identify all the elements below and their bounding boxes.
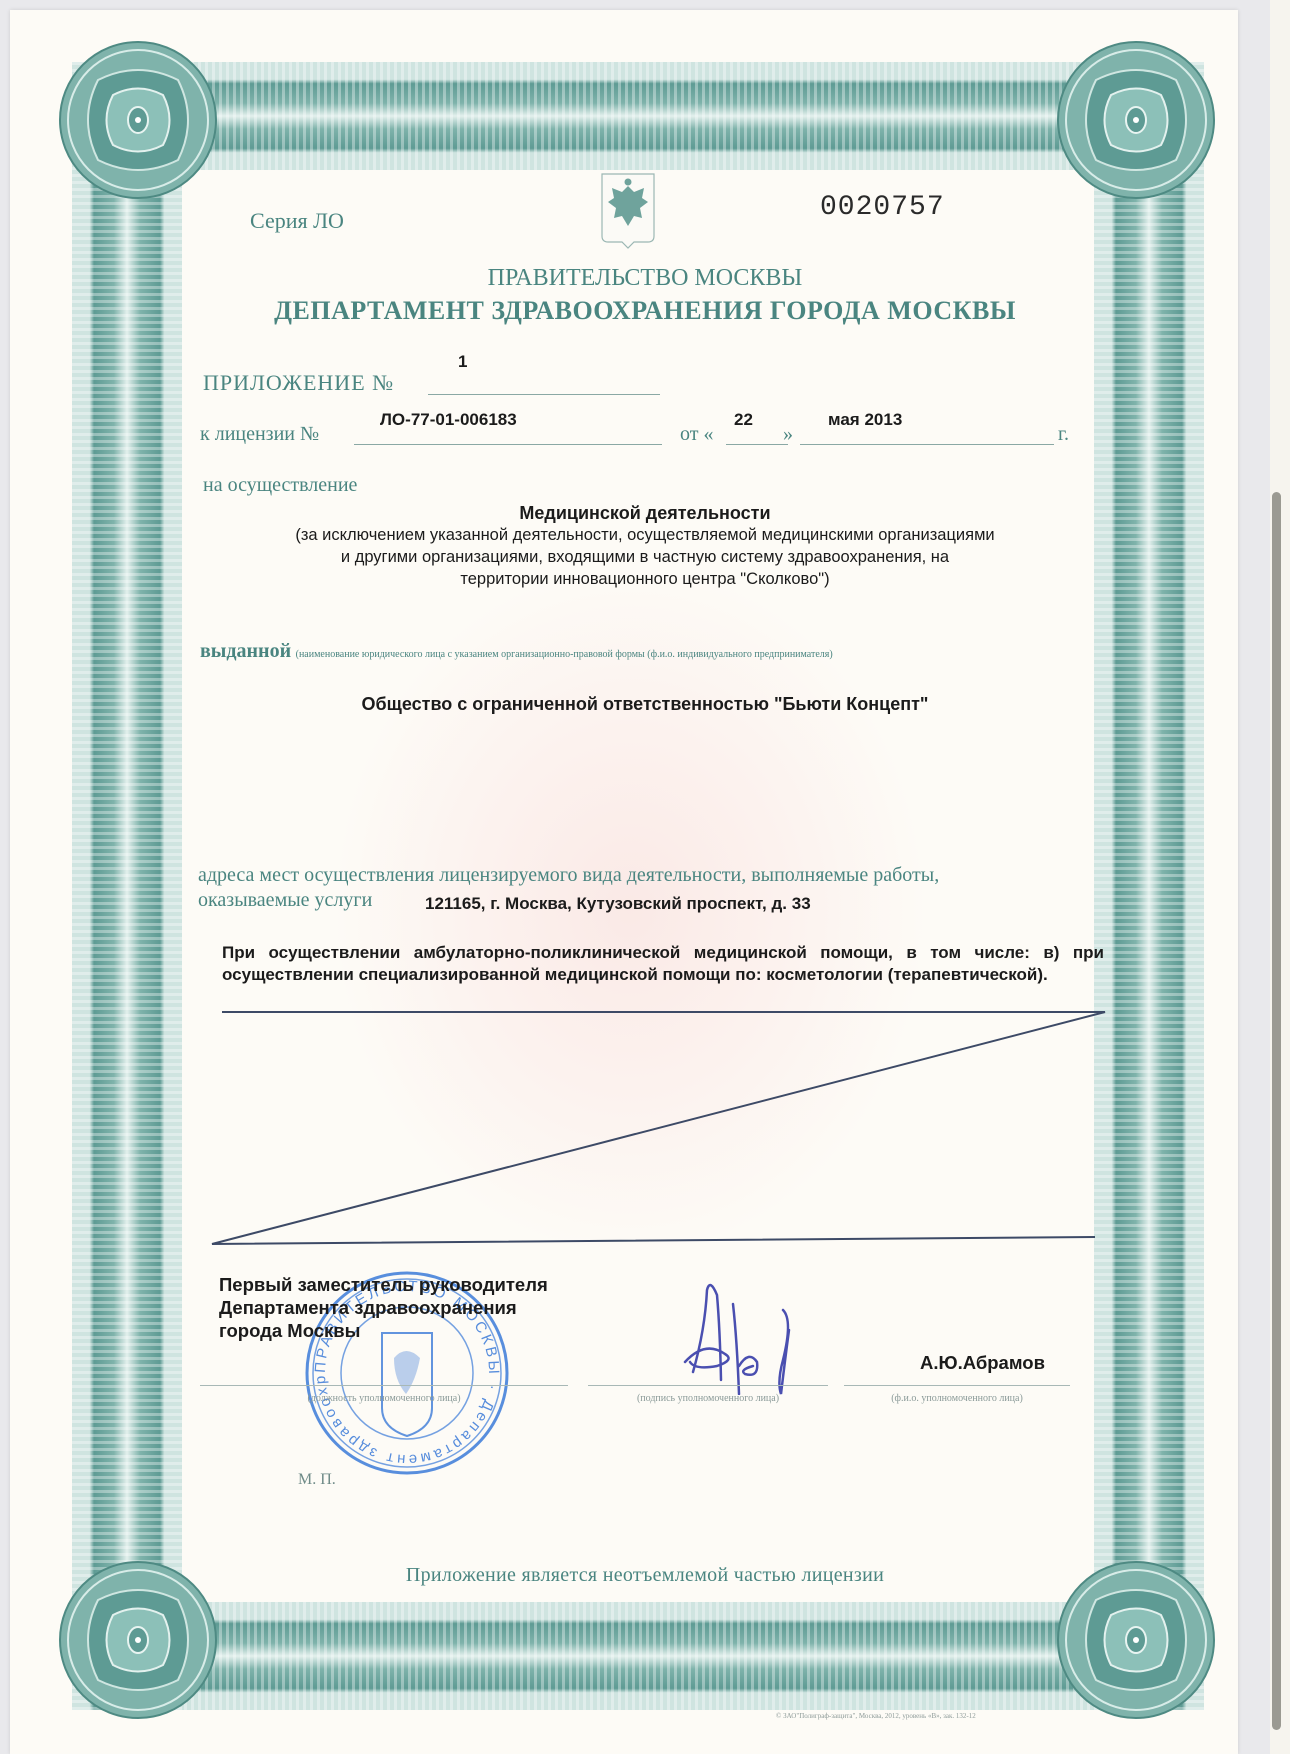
date-day: 22: [734, 410, 753, 430]
activity-line: территории инновационного центра "Сколко…: [190, 568, 1100, 590]
appendix-label: ПРИЛОЖЕНИЕ №: [203, 370, 394, 396]
scrollbar-thumb[interactable]: [1272, 492, 1281, 1730]
rosette-icon: [1056, 40, 1216, 200]
date-month-line: [800, 444, 1054, 445]
date-day-line: [726, 444, 788, 445]
series-label: Серия ЛО: [250, 208, 344, 234]
caption-signature: (подпись уполномоченного лица): [588, 1393, 828, 1404]
coat-of-arms-icon: [600, 172, 656, 250]
printer-imprint: © ЗАО"Полиграф-защита", Москва, 2012, ур…: [776, 1712, 976, 1720]
appendix-number: 1: [458, 352, 467, 372]
works-text: При осуществлении амбулаторно-поликлинич…: [222, 942, 1104, 986]
department-title: ДЕПАРТАМЕНТ ЗДРАВООХРАНЕНИЯ ГОРОДА МОСКВ…: [0, 296, 1290, 326]
organization-name: Общество с ограниченной ответственностью…: [0, 694, 1290, 715]
date-close-quote: »: [783, 423, 793, 446]
issued-hint: (наименование юридического лица с указан…: [296, 649, 833, 660]
license-number-line: [354, 444, 662, 445]
activity-block: Медицинской деятельности (за исключением…: [190, 502, 1100, 590]
position-line: [200, 1385, 568, 1386]
signature: [665, 1270, 805, 1395]
government-title: ПРАВИТЕЛЬСТВО МОСКВЫ: [0, 265, 1290, 292]
appendix-number-line: [428, 394, 660, 395]
date-from-label: от «: [680, 423, 713, 446]
signatory-position: Первый заместитель руководителя Департам…: [219, 1273, 559, 1342]
guilloche-border-bottom: [72, 1602, 1202, 1710]
issued-label: выданной: [200, 640, 291, 662]
date-month-year: мая 2013: [828, 410, 902, 430]
guilloche-border-top: [72, 62, 1202, 170]
signatory-name: А.Ю.Абрамов: [920, 1352, 1045, 1374]
caption-position: (должность уполномоченного лица): [200, 1393, 568, 1404]
year-suffix: г.: [1058, 423, 1069, 446]
seal-place-label: М. П.: [298, 1471, 336, 1489]
form-number: 0020757: [820, 192, 945, 223]
caption-name: (ф.и.о. уполномоченного лица): [844, 1393, 1070, 1404]
for-label: на осуществление: [203, 474, 357, 497]
rosette-icon: [58, 40, 218, 200]
activity-title: Медицинской деятельности: [190, 502, 1100, 524]
signature-line: [588, 1385, 828, 1386]
license-label: к лицензии №: [200, 423, 319, 446]
address-value: 121165, г. Москва, Кутузовский проспект,…: [425, 894, 811, 914]
address-label-line2: оказываемые услуги: [198, 889, 372, 912]
issued-row: выданной (наименование юридического лица…: [200, 640, 833, 663]
address-label-line1: адреса мест осуществления лицензируемого…: [198, 864, 939, 887]
footer-note: Приложение является неотъемлемой частью …: [0, 1564, 1290, 1587]
activity-line: и другими организациями, входящими в час…: [190, 546, 1100, 568]
activity-line: (за исключением указанной деятельности, …: [190, 524, 1100, 546]
license-number: ЛО-77-01-006183: [380, 410, 517, 430]
name-line: [844, 1385, 1070, 1386]
